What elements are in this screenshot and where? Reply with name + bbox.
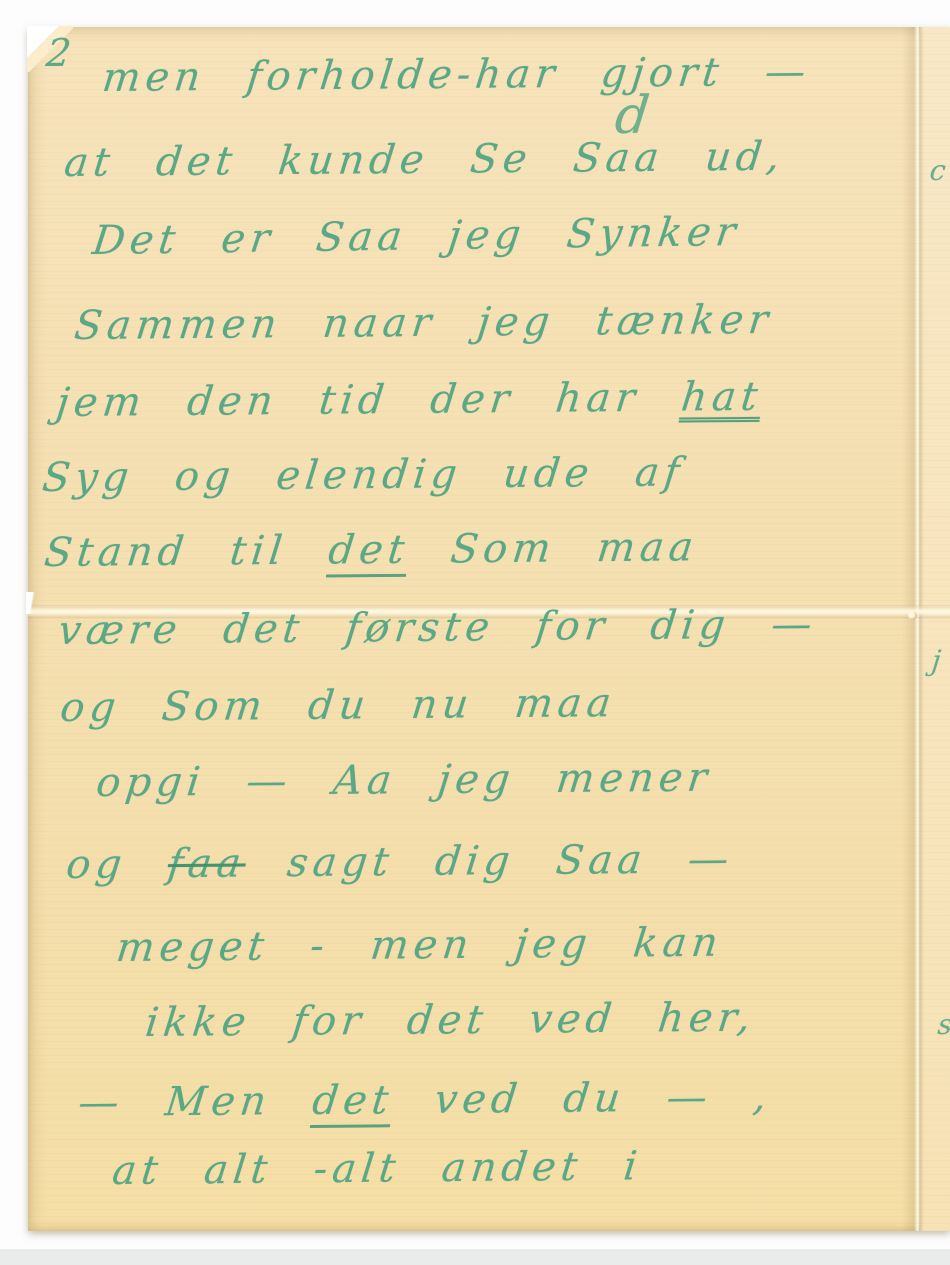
- line-text: meget - men jeg kan: [114, 920, 725, 971]
- double-underlined-word: hat: [679, 374, 765, 421]
- margin-ink-mark: c: [928, 155, 950, 187]
- handwritten-line: — Men det ved du — ,: [76, 1074, 774, 1126]
- handwritten-line: og Som du nu maa: [58, 680, 618, 731]
- line-text: jem den tid der har: [54, 375, 684, 426]
- handwritten-line: at det kunde Se Saa ud,: [62, 134, 787, 186]
- handwritten-line: Det er Saa jeg Synker: [90, 209, 743, 264]
- line-text: men forholde-har gjort —: [100, 49, 813, 101]
- handwritten-line: opgi — Aa jeg mener: [94, 755, 714, 806]
- left-edge-notch: [26, 592, 38, 614]
- page-number: 2: [44, 32, 73, 76]
- line-text: Stand til: [42, 528, 331, 576]
- line-text: sagt dig Saa —: [243, 836, 736, 886]
- handwritten-line: jem den tid der har hat: [54, 374, 765, 426]
- handwritten-line: Sammen naar jeg tænker: [72, 297, 775, 349]
- line-text: og Som du nu maa: [58, 680, 618, 731]
- handwritten-line: at alt -alt andet i: [110, 1143, 644, 1194]
- line-text: ikke for det ved her,: [143, 995, 758, 1046]
- line-text: ved du — ,: [391, 1074, 774, 1123]
- handwritten-line: Syg og elendig ude af: [40, 449, 687, 501]
- line-text: at det kunde Se Saa ud,: [62, 134, 787, 186]
- adjacent-leaf-strip: [920, 27, 950, 1231]
- handwritten-line: meget - men jeg kan: [114, 920, 725, 971]
- line-text: Sammen naar jeg tænker: [72, 297, 775, 349]
- underlined-word: det: [326, 527, 412, 578]
- line-text: at alt -alt andet i: [110, 1143, 644, 1194]
- line-text: være det første for dig —: [56, 601, 819, 654]
- handwritten-line: men forholde-har gjort —: [100, 49, 813, 101]
- line-text: og: [64, 841, 171, 888]
- scanner-bottom-band: [0, 1249, 950, 1265]
- letter-page: 2 men forholde-har gjort — d at det kund…: [28, 27, 950, 1231]
- handwritten-line: ikke for det ved her,: [143, 995, 758, 1046]
- handwritten-line: og faa sagt dig Saa —: [64, 836, 736, 888]
- handwritten-line: være det første for dig —: [56, 601, 819, 654]
- line-text: Det er Saa jeg Synker: [90, 209, 743, 264]
- line-text: Syg og elendig ude af: [40, 449, 687, 501]
- margin-ink-mark: s: [936, 1009, 950, 1041]
- underlined-word: det: [310, 1077, 396, 1128]
- handwritten-line: Stand til det Som maa: [42, 524, 701, 576]
- struck-word: faa: [166, 840, 249, 887]
- line-text: — Men: [76, 1078, 315, 1126]
- pinhole-mark: [908, 611, 917, 620]
- line-text: opgi — Aa jeg mener: [94, 755, 714, 806]
- line-text: Som maa: [407, 524, 701, 573]
